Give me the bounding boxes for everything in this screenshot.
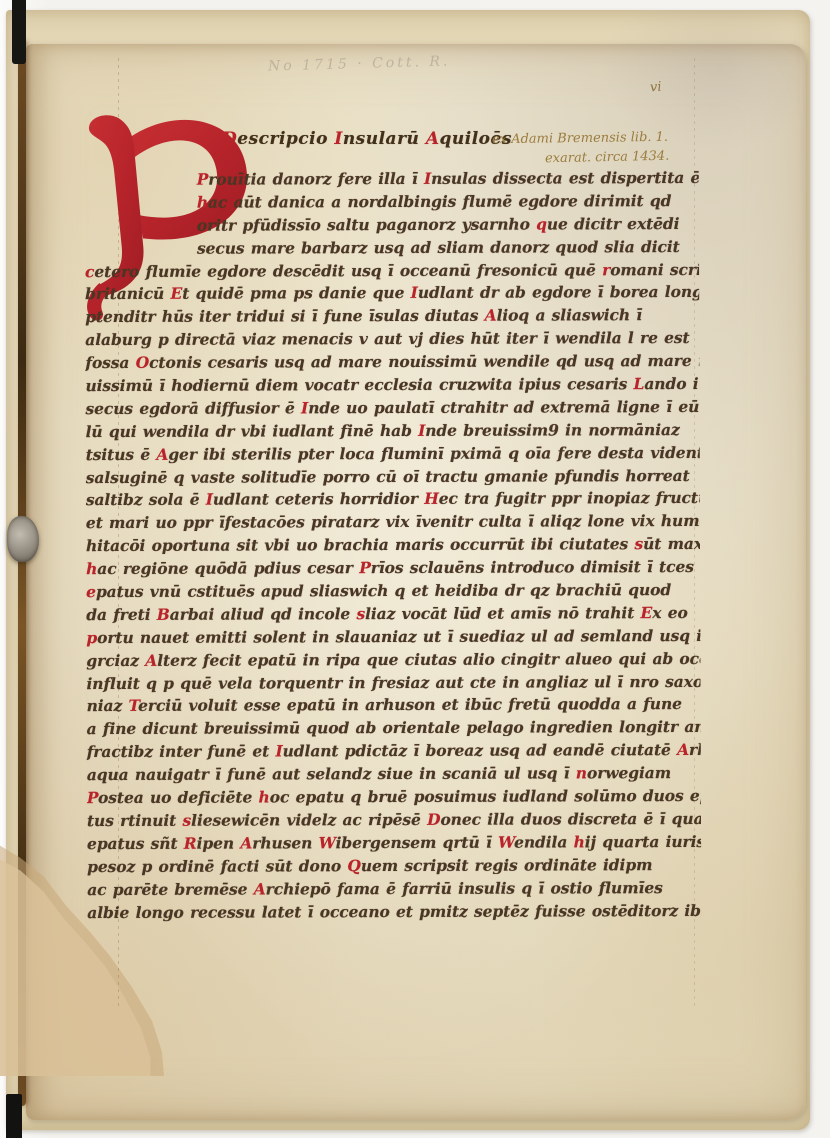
manuscript-line: albie longo recessu latet ī occeano et p… — [87, 899, 701, 924]
rubricated-letter: I — [301, 398, 308, 417]
manuscript-line: aqua nauigatr ī funē aut selandz siue in… — [87, 762, 701, 787]
rubricated-letter: D — [427, 810, 440, 829]
manuscript-line: secus mare barbarz usq ad sliam danorz q… — [85, 236, 699, 261]
rubricated-letter: E — [170, 284, 182, 303]
rubricated-letter: A — [426, 129, 440, 149]
rubricated-letter: q — [536, 214, 547, 233]
rubricated-letter: T — [128, 696, 138, 715]
manuscript-line: tus rtinuit sliesewicēn videlz ac ripēsē… — [87, 808, 701, 833]
rubricated-letter: A — [156, 444, 168, 463]
rubricated-letter: B — [157, 605, 170, 624]
manuscript-line: tsitus ē Ager ibi sterilis pter loca flu… — [86, 442, 700, 467]
manuscript-line: oritr pfūdissīo saltu paganorz ysarnho q… — [85, 213, 699, 238]
heading-title: Descripcio Insularū Aquiloēs — [222, 129, 512, 149]
rubricated-letter: A — [677, 740, 689, 759]
binding-clip-top — [12, 0, 26, 64]
manuscript-line: saltibz sola ē Iudlant ceteris horridior… — [86, 487, 700, 512]
manuscript-scan: No 1715 · Cott. R. vi Descripcio Insular… — [0, 0, 830, 1138]
marginal-note-line2: exarat. circa 1434. — [545, 149, 670, 167]
rubricated-letter: h — [86, 559, 97, 578]
rubricated-letter: h — [258, 787, 269, 806]
rubricated-letter: P — [359, 558, 371, 577]
manuscript-line: epatus vnū cstituēs apud sliaswich q et … — [86, 579, 700, 604]
rubricated-letter: W — [498, 832, 514, 851]
rubricated-letter: h — [574, 832, 585, 851]
manuscript-line: portu nauet emitti solent in slauaniaz u… — [86, 625, 700, 650]
rubricated-letter: P — [197, 170, 209, 189]
rubricated-letter: A — [145, 651, 157, 670]
rubricated-letter: I — [334, 129, 342, 149]
manuscript-line: pesoz p ordinē facti sūt dono Quem scrip… — [87, 854, 701, 879]
manuscript-line: da freti Barbai aliud qd incole sliaz vo… — [86, 602, 700, 627]
manuscript-line: alaburg p directā viaz menacis v aut vj … — [85, 327, 699, 352]
marginal-note-line1: ex Adami Bremensis lib. 1. — [492, 130, 668, 147]
rubricated-letter: W — [319, 833, 336, 852]
manuscript-line: hitacōi oportuna sit vbi uo brachia mari… — [86, 533, 700, 558]
manuscript-line: hac regiōne quōdā pdius cesar Prīos scla… — [86, 556, 700, 581]
rubricated-letter: L — [633, 374, 644, 393]
discoloration-patch — [600, 10, 800, 150]
rubricated-letter: e — [86, 582, 96, 601]
manuscript-line: uissimū ī hodiernū diem vocatr ecclesia … — [85, 373, 699, 398]
sewing-knot — [7, 516, 39, 562]
manuscript-line: britanicū Et quidē pma ps danie que Iudl… — [85, 281, 699, 306]
rubricated-letter: A — [240, 833, 252, 852]
manuscript-line: Prouītia danorz fere illa ī Insulas diss… — [85, 167, 699, 192]
manuscript-line: ac parēte bremēse Archiepō fama ē farriū… — [87, 877, 701, 902]
rubricated-letter: s — [182, 811, 191, 830]
rubricated-letter: c — [85, 262, 94, 281]
rubricated-letter: Q — [347, 856, 360, 875]
manuscript-line: epatus sñt Ripen Arhusen Wibergensem qrt… — [87, 831, 701, 856]
manuscript-line: a fine dicunt breuissimū quod ab orienta… — [87, 716, 701, 741]
manuscript-line: influit q p quē vela torquentr in fresia… — [86, 671, 700, 696]
manuscript-line: salsuginē q vaste solitudīe porro cū oī … — [86, 465, 700, 490]
rubricated-letter: s — [356, 604, 365, 623]
manuscript-line: fractibz inter funē et Iudlant pdictāz ī… — [87, 739, 701, 764]
text-block: Prouītia danorz fere illa ī Insulas diss… — [85, 167, 702, 925]
rubricated-letter: r — [602, 260, 610, 279]
rubricated-letter: n — [576, 763, 587, 782]
manuscript-line: lū qui wendila dr vbi iudlant finē hab I… — [86, 419, 700, 444]
rubricated-letter: I — [275, 742, 282, 761]
rubricated-letter: I — [418, 421, 425, 440]
manuscript-line: secus egdorā diffusior ē Inde uo paulatī… — [85, 396, 699, 421]
rubricated-letter: P — [87, 788, 98, 807]
manuscript-line: et mari uo ppr īfestacōes piratarz vix ī… — [86, 510, 700, 535]
rubricated-letter: E — [640, 603, 652, 622]
rubricated-letter: p — [86, 628, 97, 647]
rubricated-letter: h — [197, 193, 208, 212]
rubricated-letter: A — [485, 306, 497, 325]
manuscript-line: grciaz Alterz fecit epatū in ripa que ci… — [86, 648, 700, 673]
rubricated-letter: s — [634, 534, 643, 553]
manuscript-line: fossa Octonis cesaris usq ad mare nouiss… — [85, 350, 699, 375]
manuscript-line: niaz Terciū voluit esse epatū in arhuson… — [87, 693, 701, 718]
manuscript-line: hac aūt danica a nordalbingis flumē egdo… — [85, 190, 699, 215]
manuscript-line: Postea uo deficiēte hoc epatu q bruē pos… — [87, 785, 701, 810]
manuscript-line: ptenditr hūs iter tridui si ī fune īsula… — [85, 304, 699, 329]
rubricated-letter: A — [254, 879, 266, 898]
folio-mark: vi — [649, 80, 662, 96]
rubricated-letter: O — [136, 353, 149, 372]
manuscript-line: cetero flumīe egdore descēdit usq ī occe… — [85, 258, 699, 283]
rubricated-letter: H — [424, 489, 439, 508]
binding-clip-bottom — [6, 1094, 22, 1138]
rubricated-letter: I — [411, 283, 418, 302]
rubricated-letter: R — [184, 834, 197, 853]
